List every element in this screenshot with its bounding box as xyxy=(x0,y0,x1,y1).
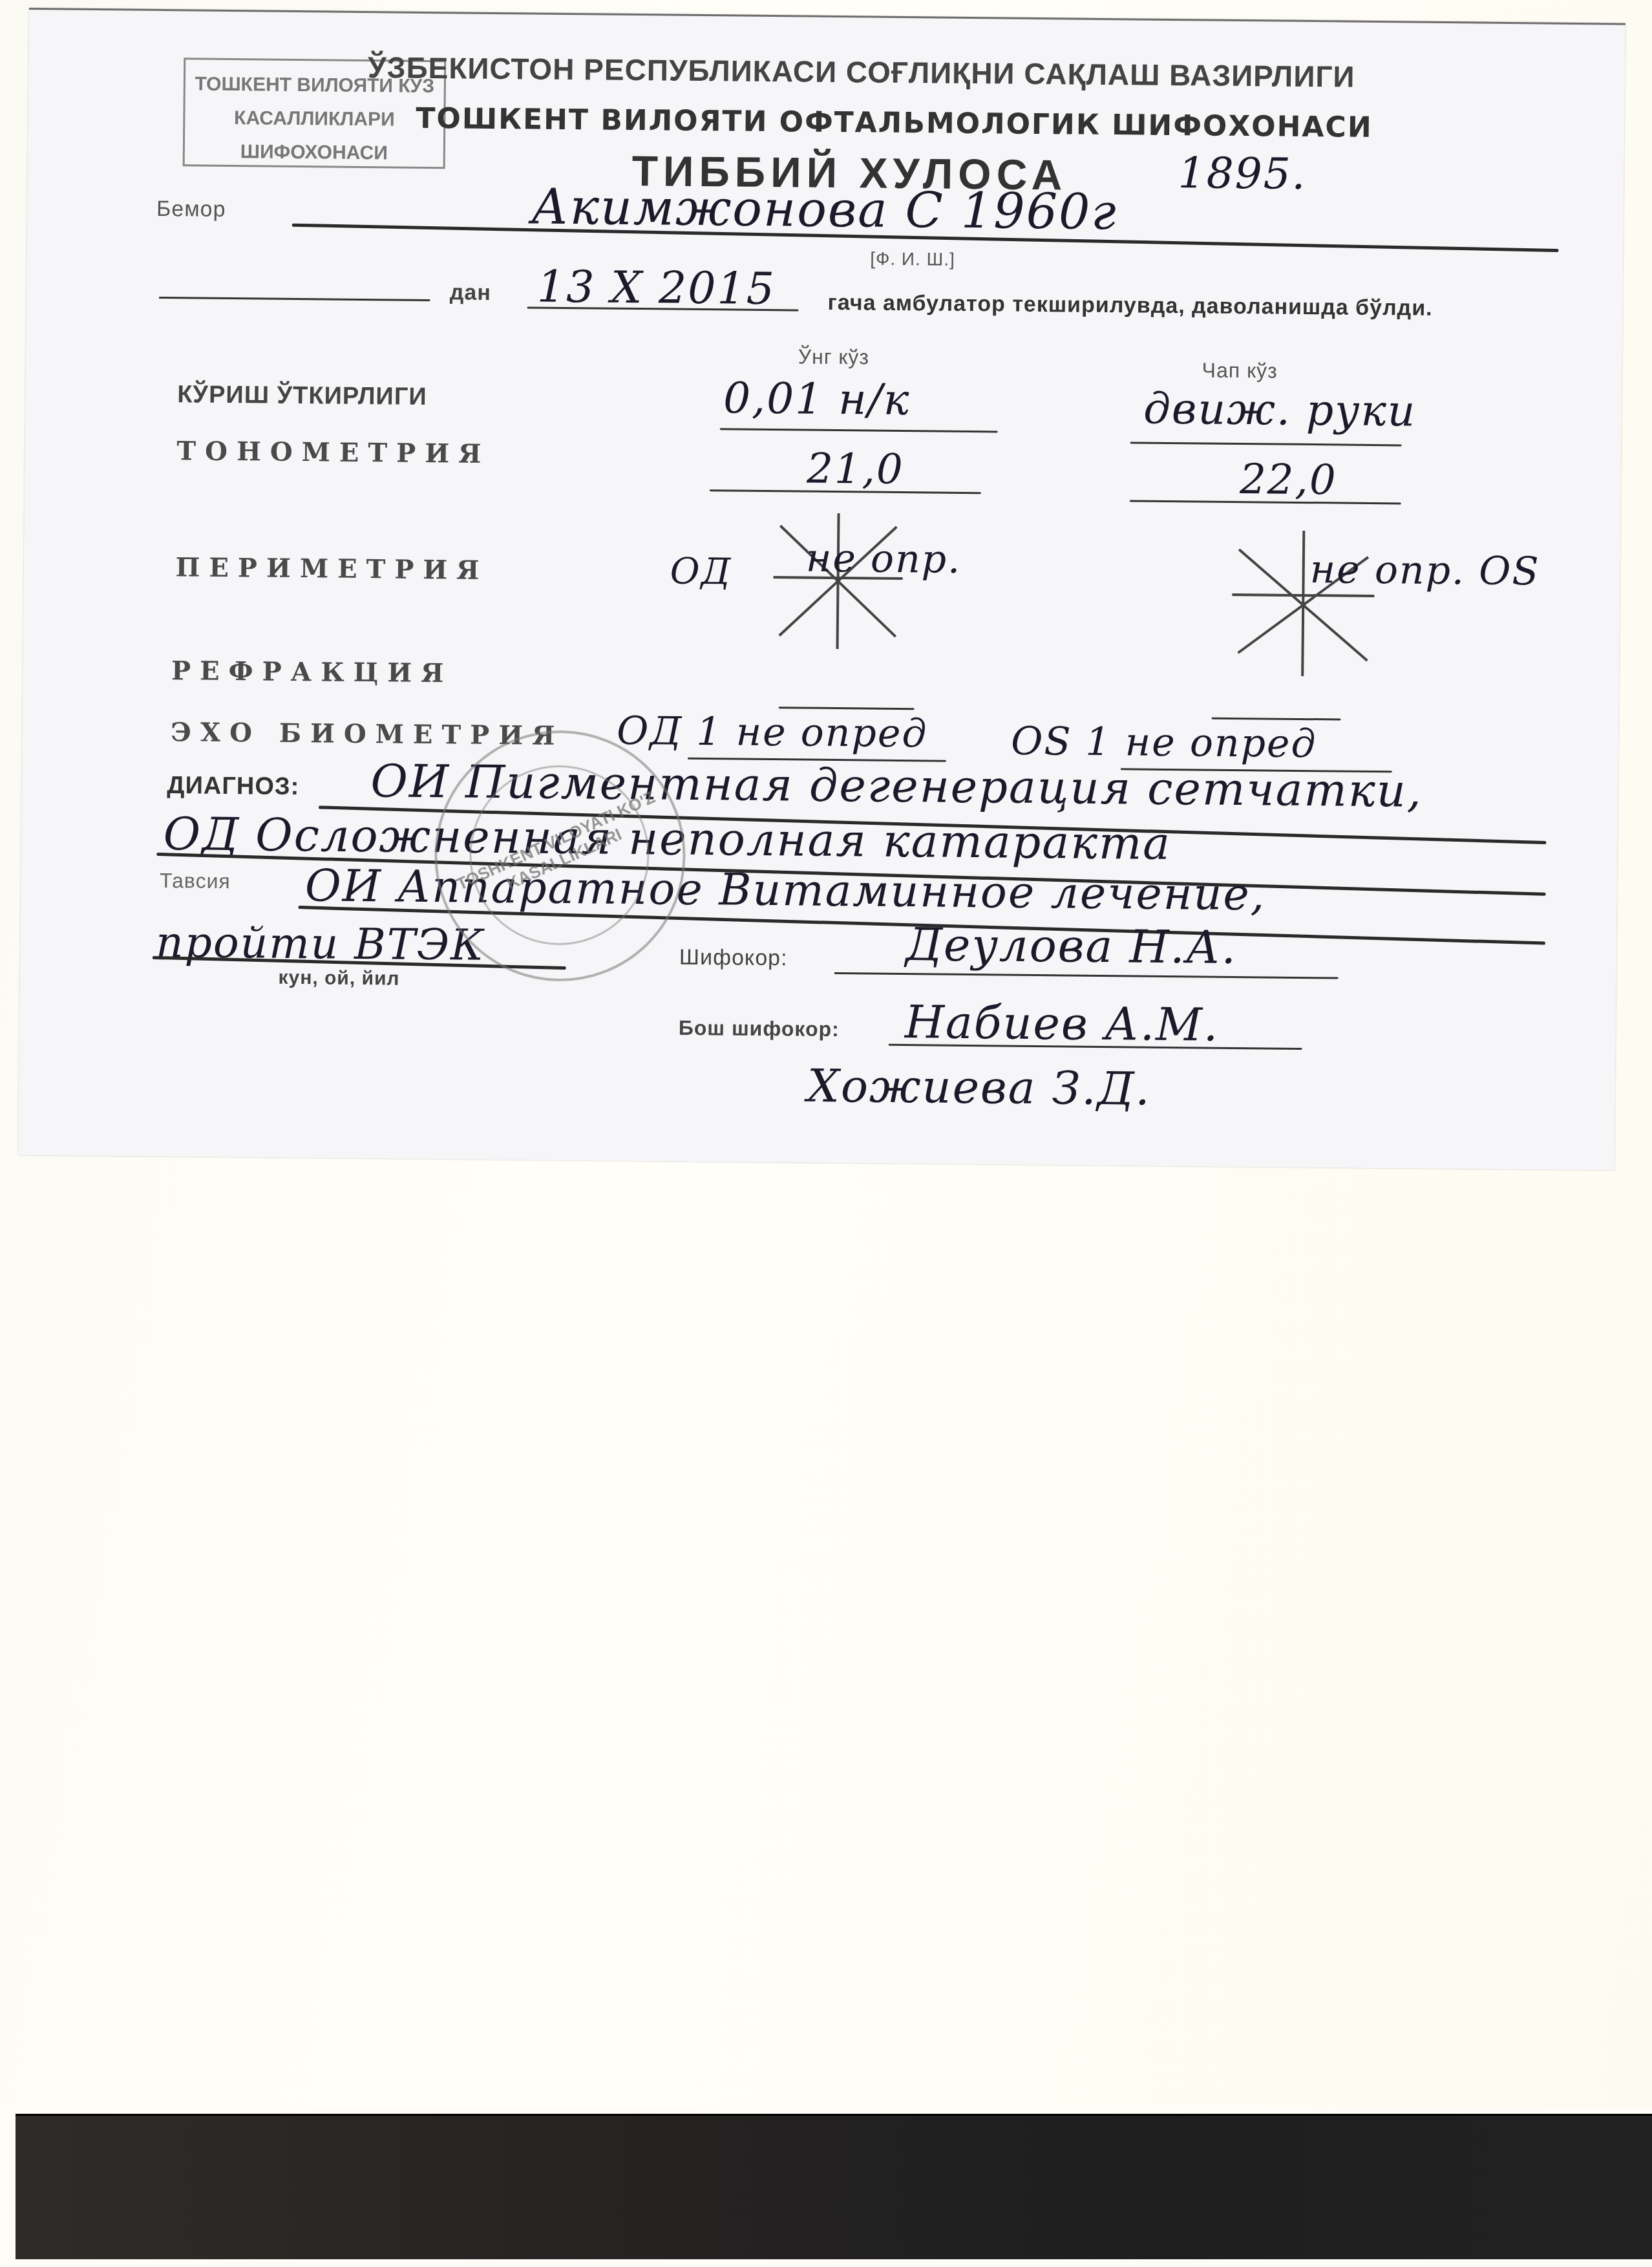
round-stamp-text: TOSHKENT VILOYATI KO'Z KASALLIKLARI xyxy=(440,781,681,919)
refraction-label: РЕФРАКЦИЯ xyxy=(171,655,453,688)
visual-acuity-label: КЎРИШ ЎТКИРЛИГИ xyxy=(177,381,427,411)
scanner-bottom-edge xyxy=(16,2114,1652,2259)
period-to-suffix: гача амбулатор текширилувда, даволанишда… xyxy=(827,290,1432,321)
perimetry-right: не опр. xyxy=(806,536,962,582)
perimetry-label: ПЕРИМЕТРИЯ xyxy=(175,552,488,586)
diagnosis-label: ДИАГНОЗ: xyxy=(167,772,299,801)
visual-acuity-left-underline xyxy=(1130,442,1402,446)
perimetry-right-prefix: ОД xyxy=(670,551,732,593)
visual-acuity-right-underline xyxy=(720,428,998,432)
doctor-signature-underline xyxy=(834,972,1339,979)
date-caption: кун, ой, йил xyxy=(278,967,399,990)
ministry-header: ЎЗБЕКИСТОН РЕСПУБЛИКАСИ СОҒЛИҚНИ САҚЛАШ … xyxy=(368,50,1355,94)
period-from-suffix: дан xyxy=(450,280,491,306)
chief-doctor-name: Набиев А.М. xyxy=(905,995,1220,1052)
perimetry-left: не опр. ОS xyxy=(1309,547,1540,594)
visual-acuity-left: движ. руки xyxy=(1143,384,1417,436)
right-eye-header: Ўнг кўз xyxy=(798,345,870,369)
recommendation-label: Тавсия xyxy=(160,869,231,893)
tonometry-right: 21,0 xyxy=(807,445,904,494)
echo-biometry-left: ОS 1 не опред xyxy=(1011,719,1317,767)
visual-acuity-right: 0,01 н/к xyxy=(723,373,911,425)
medical-certificate-sheet: ТОШКЕНТ ВИЛОЯТИ КЎЗ КАСАЛЛИКЛАРИ ШИФОХОН… xyxy=(18,8,1626,1171)
refraction-left-underline xyxy=(1212,718,1341,721)
echo-biometry-right: ОД 1 не опред xyxy=(617,708,928,757)
hospital-round-stamp: TOSHKENT VILOYATI KO'Z KASALLIKLARI xyxy=(434,729,687,983)
second-signature: Хожиева З.Д. xyxy=(807,1059,1152,1116)
refraction-right-underline xyxy=(779,707,915,710)
tonometry-label: ТОНОМЕТРИЯ xyxy=(176,436,490,469)
certificate-number: 1895. xyxy=(1178,148,1307,199)
period-from-underline xyxy=(159,297,430,301)
hospital-header: ТОШКЕНТ ВИЛОЯТИ ОФТАЛЬМОЛОГИК ШИФОХОНАСИ xyxy=(416,102,1373,144)
chief-doctor-label: Бош шифокор: xyxy=(679,1016,840,1041)
left-eye-header: Чап кўз xyxy=(1202,358,1278,383)
doctor-name: Деулова Н.А. xyxy=(905,918,1238,974)
patient-name-caption: [Ф. И. Ш.] xyxy=(870,249,955,270)
patient-label: Бемор xyxy=(156,197,226,222)
doctor-label: Шифокор: xyxy=(679,945,788,972)
stamp-line-2: КАСАЛЛИКЛАРИ ШИФОХОНАСИ xyxy=(185,101,444,171)
perimetry-right-field-diagram xyxy=(759,513,916,659)
tonometry-left: 22,0 xyxy=(1240,456,1337,504)
